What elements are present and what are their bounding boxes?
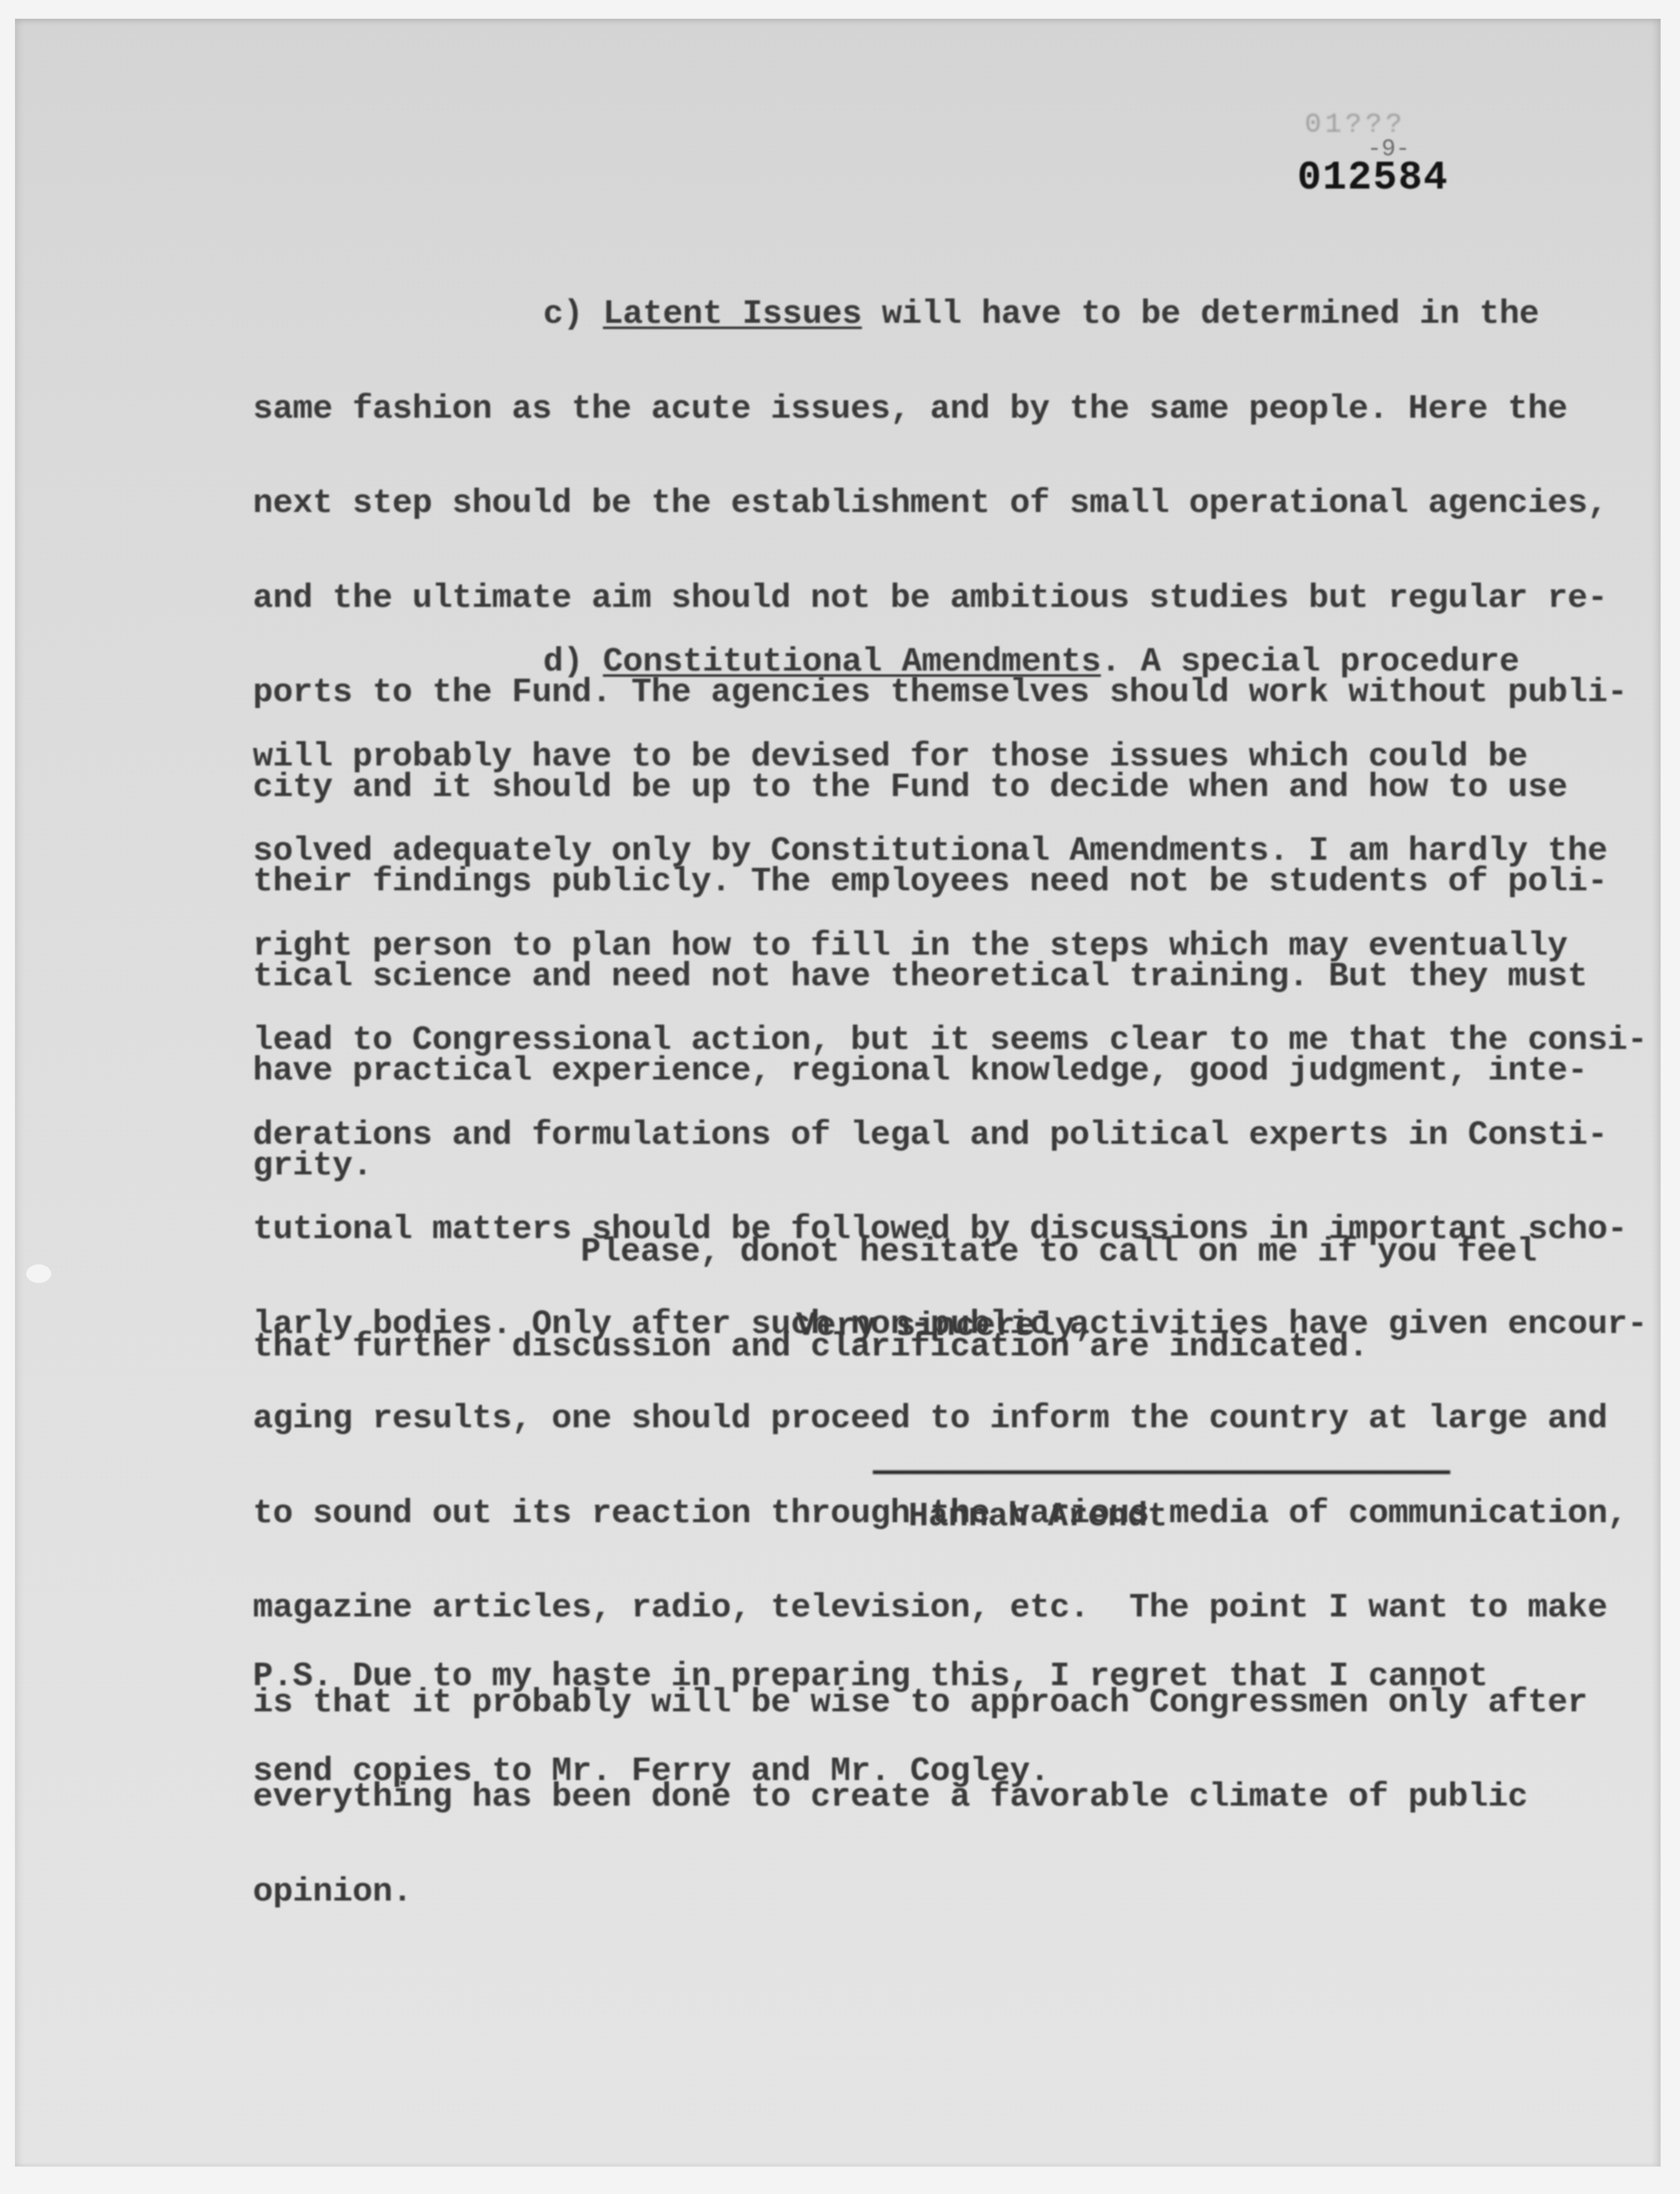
section-c-first-line: c) Latent Issues will have to be determi…	[253, 299, 1627, 331]
section-c-label: c)	[543, 295, 583, 333]
document-number: 012584	[1297, 156, 1448, 201]
section-d-heading: Constitutional Amendments	[603, 643, 1101, 681]
postscript: P.S. Due to my haste in preparing this, …	[253, 1598, 1488, 1819]
text-line: lead to Congressional action, but it see…	[253, 1025, 1647, 1057]
signature-line	[873, 1470, 1450, 1474]
postscript-line-2: send copies to Mr. Ferry and Mr. Cogley.	[253, 1756, 1488, 1788]
text-line: aging results, one should proceed to inf…	[253, 1404, 1647, 1435]
closing-paragraph: Please, donot hesitate to call on me if …	[253, 1174, 1536, 1395]
page-notch	[26, 1264, 51, 1283]
closing-line-1: Please, donot hesitate to call on me if …	[581, 1233, 1536, 1271]
text-line: solved adequately only by Constitutional…	[253, 836, 1647, 868]
signature-name: Hannah Arendt	[908, 1502, 1167, 1533]
section-d-first-line: d) Constitutional Amendments. A special …	[253, 647, 1647, 679]
section-c-heading: Latent Issues	[603, 295, 862, 333]
valediction: Very sincerely,	[796, 1311, 1095, 1343]
postscript-line-1: P.S. Due to my haste in preparing this, …	[253, 1661, 1488, 1693]
text-line: next step should be the establishment of…	[253, 488, 1627, 520]
text-line: same fashion as the acute issues, and by…	[253, 394, 1627, 426]
text-line: right person to plan how to fill in the …	[253, 931, 1647, 963]
section-d-label: d)	[543, 643, 583, 681]
text-line: derations and formulations of legal and …	[253, 1120, 1647, 1152]
text-line: opinion.	[253, 1877, 1647, 1909]
text-line: will probably have to be devised for tho…	[253, 742, 1647, 774]
